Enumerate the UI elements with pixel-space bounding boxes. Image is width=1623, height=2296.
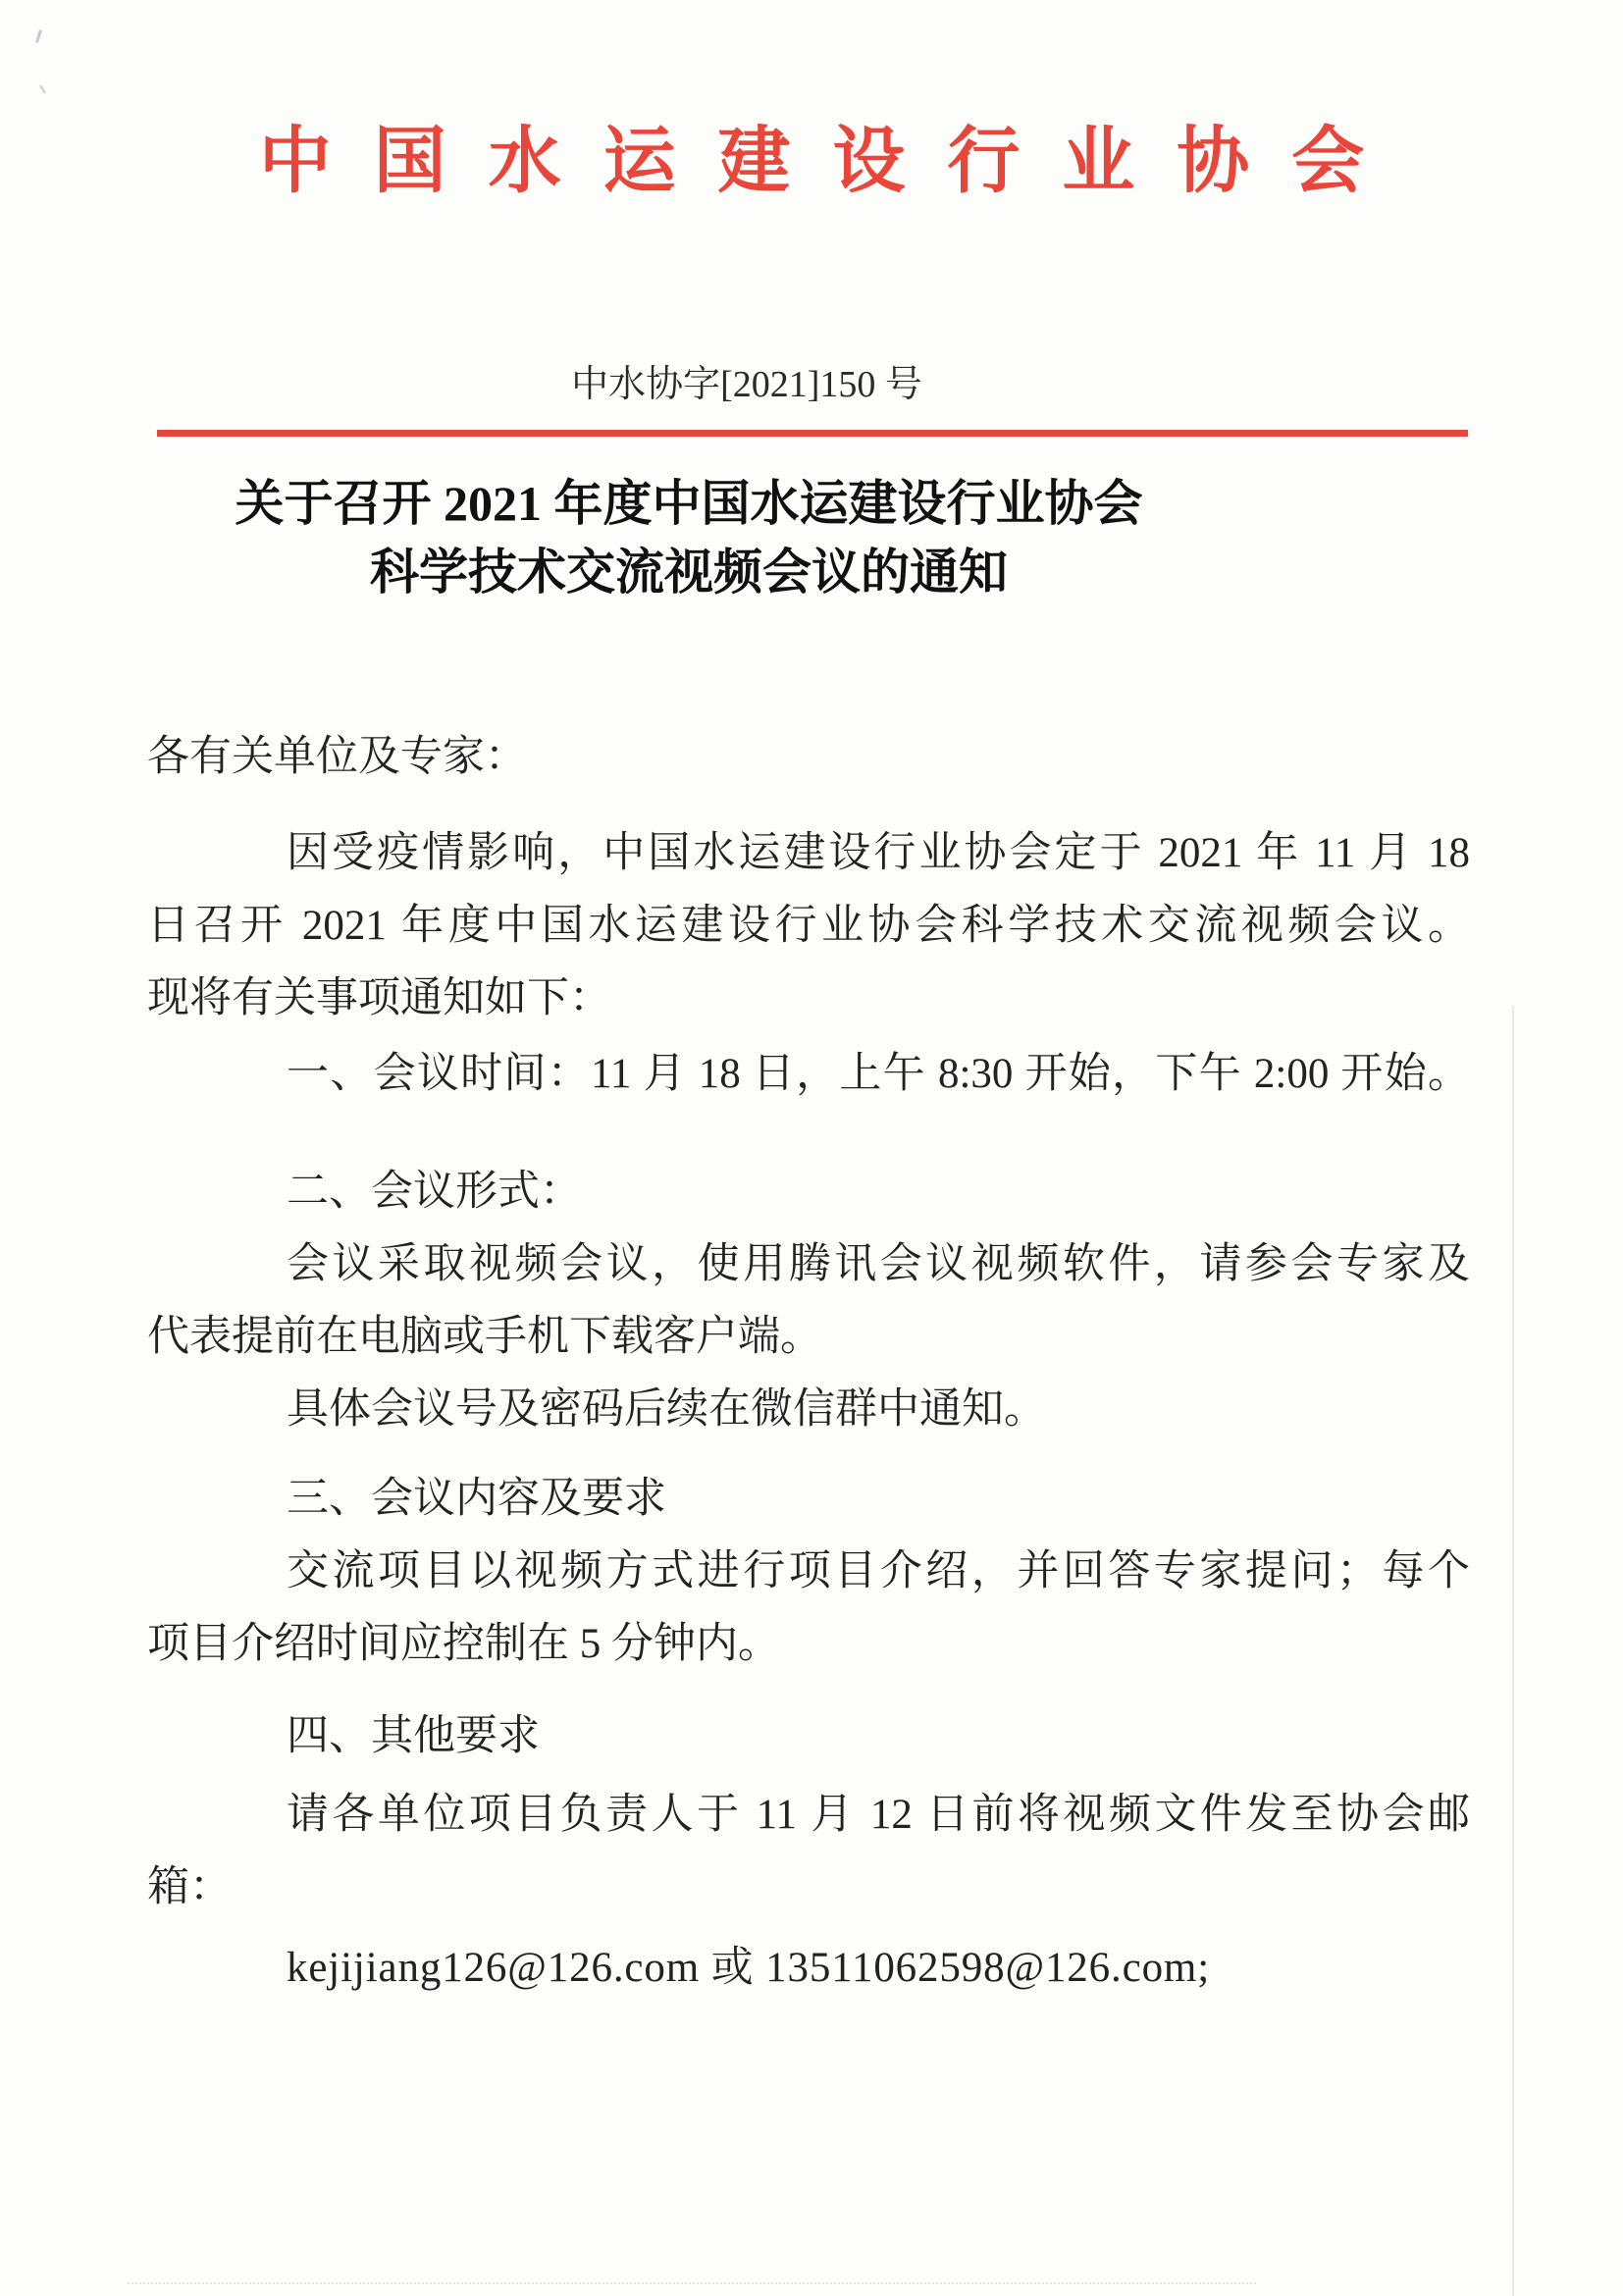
scan-artifact-bottom-edge <box>128 2282 1256 2284</box>
notice-body: 各有关单位及专家： 因受疫情影响，中国水运建设行业协会定于 2021 年 11 … <box>147 721 1470 2005</box>
paragraph-5-line-1: 请各单位项目负责人于 11 月 12 日前将视频文件发至协会邮 <box>147 1779 1470 1852</box>
email-addresses: kejijiang126@126.com 或 13511062598@126.c… <box>147 1932 1470 2005</box>
paragraph-1-line-3: 现将有关事项通知如下： <box>147 963 1470 1035</box>
paragraph-1-line-2: 日召开 2021 年度中国水运建设行业协会科学技术交流视频会议。 <box>147 890 1470 963</box>
paragraph-2-line-1: 会议采取视频会议，使用腾讯会议视频软件，请参会专家及 <box>147 1228 1470 1301</box>
paragraph-4-line-1: 交流项目以视频方式进行项目介绍，并回答专家提问；每个 <box>147 1536 1470 1608</box>
red-divider-rule <box>157 430 1468 437</box>
paragraph-5-line-2: 箱： <box>147 1852 1470 1924</box>
section-3-heading: 三、会议内容及要求 <box>147 1463 1470 1536</box>
notice-title: 关于召开 2021 年度中国水运建设行业协会 科学技术交流视频会议的通知 <box>147 469 1230 606</box>
scan-artifact <box>39 84 47 94</box>
notice-title-line-2: 科学技术交流视频会议的通知 <box>147 538 1230 606</box>
salutation: 各有关单位及专家： <box>147 721 1470 794</box>
section-4-heading: 四、其他要求 <box>147 1700 1470 1773</box>
organization-masthead: 中国水运建设行业协会 <box>0 120 1623 204</box>
section-1-meeting-time: 一、会议时间：11 月 18 日，上午 8:30 开始，下午 2:00 开始。 <box>147 1038 1470 1111</box>
scan-artifact-vertical-line <box>1512 1006 1514 2296</box>
notice-document-page: 中国水运建设行业协会 中水协字[2021]150 号 关于召开 2021 年度中… <box>0 0 1623 2296</box>
scan-artifact <box>35 29 42 43</box>
paragraph-2-line-2: 代表提前在电脑或手机下载客户端。 <box>147 1301 1470 1374</box>
paragraph-1-line-1: 因受疫情影响，中国水运建设行业协会定于 2021 年 11 月 18 <box>147 817 1470 890</box>
section-2-heading: 二、会议形式： <box>147 1156 1470 1228</box>
notice-title-line-1: 关于召开 2021 年度中国水运建设行业协会 <box>147 469 1230 538</box>
document-reference-number: 中水协字[2021]150 号 <box>571 359 922 410</box>
paragraph-3: 具体会议号及密码后续在微信群中通知。 <box>147 1374 1470 1446</box>
paragraph-4-line-2: 项目介绍时间应控制在 5 分钟内。 <box>147 1608 1470 1681</box>
